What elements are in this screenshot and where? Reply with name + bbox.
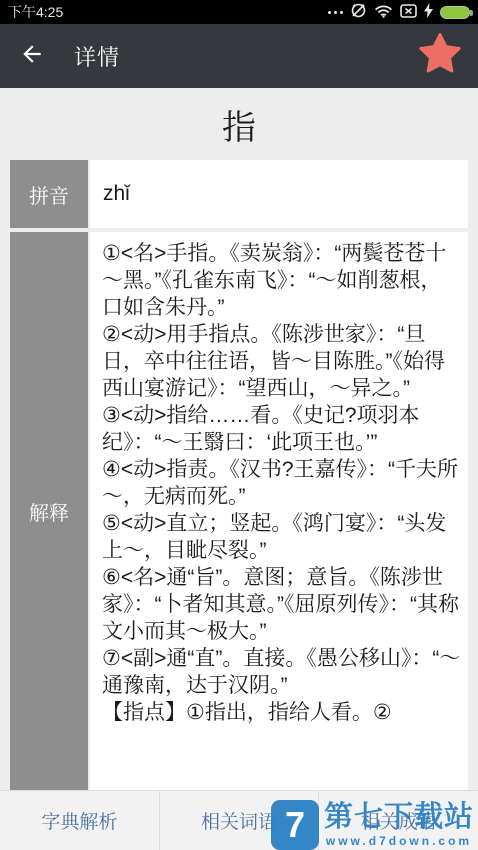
sim-error-icon bbox=[400, 4, 417, 21]
pinyin-value: zhǐ bbox=[90, 160, 468, 228]
status-time: 下午4:25 bbox=[8, 2, 63, 22]
entry-character: 指 bbox=[0, 106, 478, 150]
mute-icon bbox=[350, 2, 367, 22]
back-button[interactable] bbox=[14, 38, 50, 74]
charging-bolt-icon bbox=[424, 3, 433, 21]
screen: 下午4:25 详情 bbox=[0, 0, 478, 850]
pinyin-row: 拼音 zhǐ bbox=[10, 160, 468, 228]
tab-label: 字典解析 bbox=[41, 807, 117, 834]
star-icon bbox=[417, 31, 463, 82]
status-bar: 下午4:25 bbox=[0, 0, 478, 24]
definition-item: 【指点】①指出，指给人看。② bbox=[102, 699, 462, 726]
definition-item: ①<名>手指。《卖炭翁》：“两鬓苍苍十～黑。”《孔雀东南飞》：“～如削葱根，口如… bbox=[102, 240, 462, 321]
definition-item: ⑦<副>通“直”。直接。《愚公移山》：“～通豫南，达于汉阴。” bbox=[102, 645, 462, 699]
definition-item: ⑤<动>直立；竖起。《鸿门宴》：“头发上～，目眦尽裂。” bbox=[102, 510, 462, 564]
battery-icon bbox=[440, 6, 470, 19]
tab-dictionary-analysis[interactable]: 字典解析 bbox=[0, 791, 159, 850]
explanation-value: ①<名>手指。《卖炭翁》：“两鬓苍苍十～黑。”《孔雀东南飞》：“～如削葱根，口如… bbox=[90, 232, 468, 790]
app-bar: 详情 bbox=[0, 24, 478, 88]
ellipsis-icon bbox=[328, 11, 343, 14]
d7down-logo-icon: 7 bbox=[271, 800, 319, 850]
definition-item: ⑥<名>通“旨”。意图；意旨。《陈涉世家》：“卜者知其意。”《屈原列传》：“其称… bbox=[102, 564, 462, 645]
watermark-site-name: 第七下载站 bbox=[324, 800, 474, 834]
watermark: 7 第七下载站 www.d7down.com bbox=[271, 800, 474, 850]
wifi-icon bbox=[374, 3, 393, 21]
explanation-row: 解释 ①<名>手指。《卖炭翁》：“两鬓苍苍十～黑。”《孔雀东南飞》：“～如削葱根… bbox=[10, 232, 468, 790]
definition-item: ②<动>用手指点。《陈涉世家》：“旦日，卒中往往语，皆～目陈胜。”《始得西山宴游… bbox=[102, 321, 462, 402]
favorite-button[interactable] bbox=[416, 32, 464, 80]
page-title: 详情 bbox=[74, 41, 120, 72]
definition-item: ④<动>指责。《汉书?王嘉传》：“千夫所～，无病而死。” bbox=[102, 456, 462, 510]
definition-item: ③<动>指给……看。《史记?项羽本纪》：“～王翳曰：‘此项王也。’” bbox=[102, 402, 462, 456]
explanation-label: 解释 bbox=[10, 232, 90, 790]
arrow-left-icon bbox=[19, 41, 45, 72]
entry-table: 拼音 zhǐ 解释 ①<名>手指。《卖炭翁》：“两鬓苍苍十～黑。”《孔雀东南飞》… bbox=[10, 160, 468, 790]
tab-label: 相关词语 bbox=[201, 807, 277, 834]
pinyin-label: 拼音 bbox=[10, 160, 90, 228]
watermark-url: www.d7down.com bbox=[326, 834, 472, 849]
